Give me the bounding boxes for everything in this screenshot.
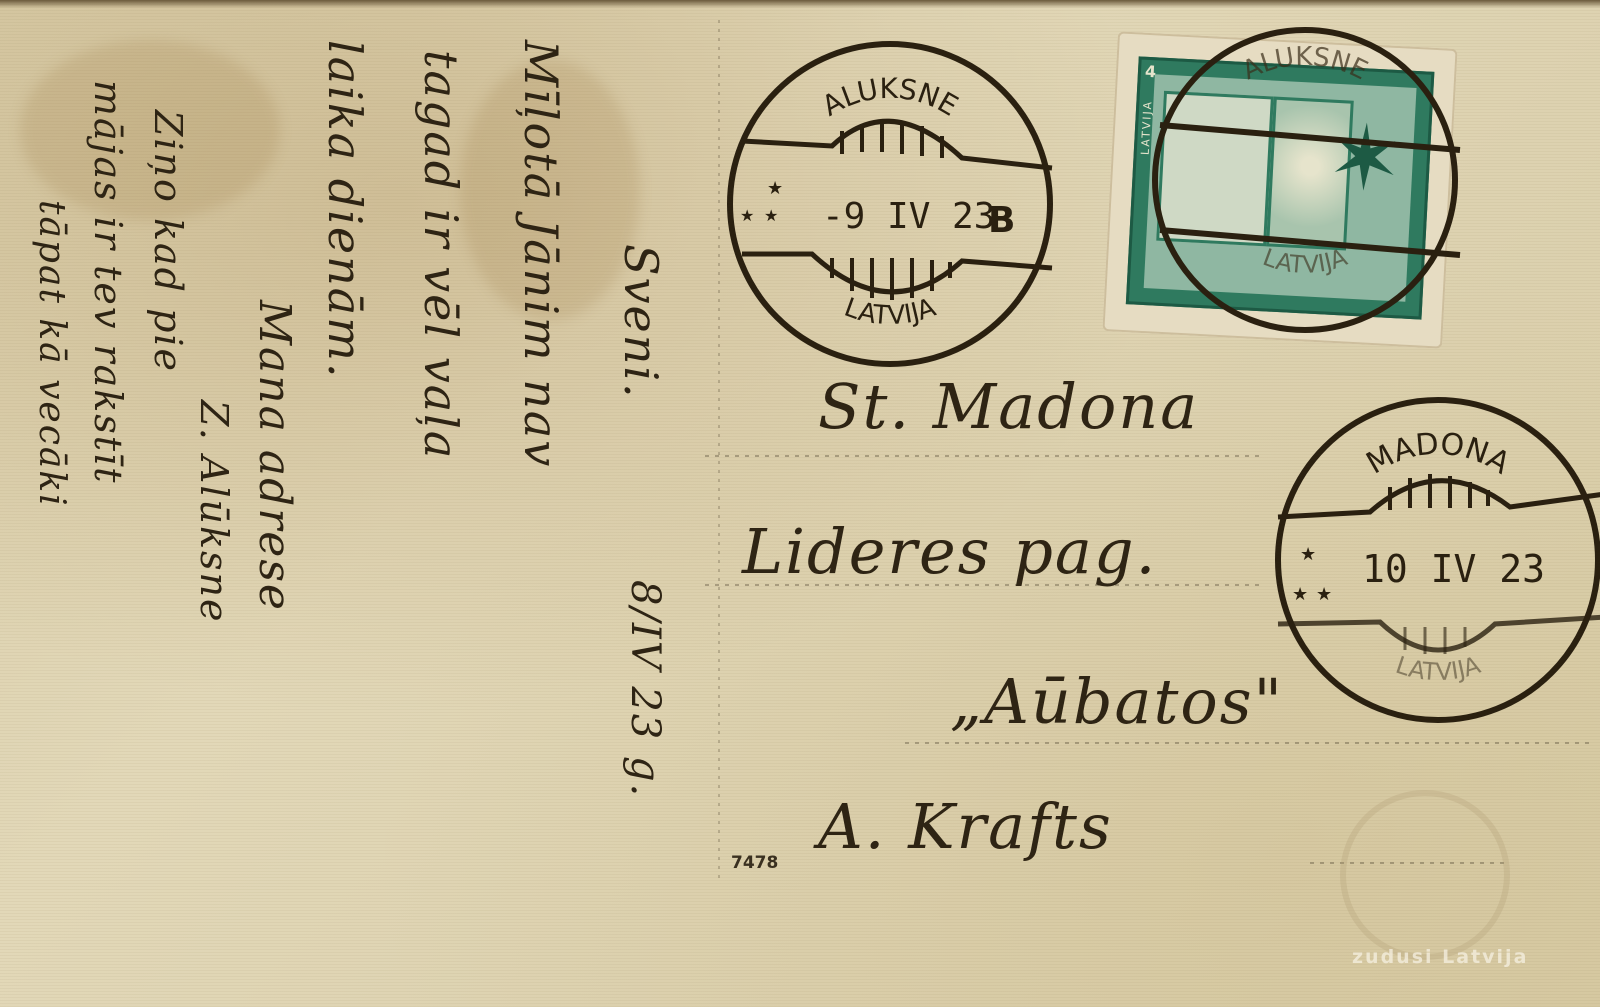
message-line: mājas ir tev rakstīt bbox=[86, 80, 130, 484]
svg-text:★: ★ bbox=[767, 178, 783, 198]
message-line: Mana adrese bbox=[249, 300, 300, 612]
message-line: tāpat kā vecāki bbox=[31, 200, 72, 508]
svg-text:★: ★ bbox=[740, 208, 754, 225]
postmark-ring-icon: ALUKSNE LATVIJA bbox=[1140, 15, 1470, 345]
address-line-1: St. Madona bbox=[818, 370, 1199, 443]
svg-text:★: ★ bbox=[1300, 544, 1316, 564]
address-line-2: Lideres pag. bbox=[742, 515, 1157, 588]
postcard: Sveni. 8/IV 23 g. Mīļotā Jānim nav tagad… bbox=[0, 0, 1600, 1007]
svg-text:★: ★ bbox=[1292, 584, 1308, 604]
address-guide-line bbox=[905, 742, 1595, 744]
message-line: laika dienām. bbox=[318, 40, 372, 379]
svg-text:MADONA: MADONA bbox=[1361, 427, 1517, 482]
madona-postmark: MADONA LATVIJA ★ ★ ★ 10 IV 23 bbox=[1270, 392, 1600, 727]
aluksne-postmark: ALUKSNE LATVIJA ★ ★ ★ -9 IV 23 B bbox=[722, 36, 1057, 371]
message-line: tagad ir vēl vaļa bbox=[414, 50, 468, 460]
printed-card-number: 7478 bbox=[731, 853, 778, 873]
message-line: Ziņo kad pie bbox=[146, 110, 190, 373]
svg-text:LATVIJA: LATVIJA bbox=[1259, 243, 1351, 279]
message-place: Sveni. bbox=[614, 244, 668, 400]
postmark-ring-icon: ALUKSNE LATVIJA ★ ★ ★ -9 IV 23 B bbox=[722, 36, 1057, 371]
center-divider-line bbox=[718, 20, 720, 880]
svg-text:-9 IV 23: -9 IV 23 bbox=[822, 196, 995, 237]
svg-text:★: ★ bbox=[764, 208, 778, 225]
message-line: Z. Alūksne bbox=[192, 400, 236, 623]
postmark-ring-icon: MADONA LATVIJA ★ ★ ★ 10 IV 23 bbox=[1270, 392, 1600, 727]
message-line: Mīļotā Jānim nav bbox=[514, 40, 568, 468]
address-line-3: „Aūbatos" bbox=[950, 665, 1284, 738]
message-date: 8/IV 23 g. bbox=[622, 580, 668, 798]
svg-text:LATVIJA: LATVIJA bbox=[1392, 651, 1484, 687]
svg-text:★: ★ bbox=[1316, 584, 1332, 604]
faint-backstamp bbox=[1340, 790, 1510, 960]
stamp-cancel-postmark: ALUKSNE LATVIJA bbox=[1140, 15, 1470, 345]
top-edge-shadow bbox=[0, 0, 1600, 8]
svg-text:10 IV 23: 10 IV 23 bbox=[1362, 547, 1545, 591]
address-guide-line bbox=[705, 455, 1265, 457]
svg-text:ALUKSNE: ALUKSNE bbox=[1238, 42, 1372, 86]
svg-text:ALUKSNE: ALUKSNE bbox=[816, 72, 963, 123]
address-line-4: A. Krafts bbox=[818, 790, 1113, 863]
svg-text:B: B bbox=[988, 200, 1015, 241]
watermark: zudusi Latvija bbox=[1352, 946, 1528, 968]
